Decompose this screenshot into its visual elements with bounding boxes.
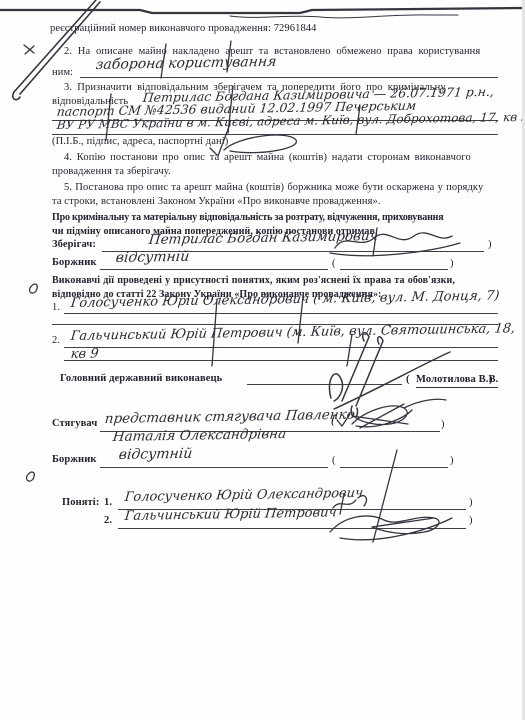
scanned-document-page: реєстраційний номер виконавчого провадже… xyxy=(0,0,525,720)
witness-intro-line1: Виконавчі дії проведені у присутності по… xyxy=(52,274,455,288)
close-paren: ) xyxy=(489,373,493,387)
pen-mark-cross xyxy=(24,45,34,54)
close-paren: ) xyxy=(450,257,454,271)
open-paren: ( xyxy=(332,454,336,468)
registration-number-line: реєстраційний номер виконавчого провадже… xyxy=(50,22,317,36)
open-paren: ( xyxy=(332,257,336,271)
blank-line xyxy=(64,360,498,361)
blank-line xyxy=(100,467,328,468)
debtor-label: Боржник xyxy=(52,256,97,270)
open-paren: ( xyxy=(406,373,410,387)
debtor2-label: Боржник xyxy=(52,453,97,467)
executor-name: Молотилова В.В. xyxy=(416,373,498,388)
signature-claimant xyxy=(352,399,446,428)
close-paren: ) xyxy=(469,496,473,510)
scan-top-wavy-line xyxy=(230,15,458,18)
blank-line xyxy=(340,467,448,468)
blank-line xyxy=(80,77,498,78)
margin-pen-mark-2 xyxy=(27,472,35,481)
close-paren: ) xyxy=(441,418,445,432)
handwriting-restriction: заборона користування xyxy=(95,54,277,73)
scan-top-edge-line xyxy=(0,8,525,13)
handwritten-open-paren: ( xyxy=(330,412,337,428)
handwriting-ponyati1: Голосученко Юрій Олександрович xyxy=(124,486,364,505)
claimant-label: Стягувач xyxy=(52,417,97,431)
blank-line xyxy=(247,384,402,385)
paragraph-4-line1: 4. Копію постанови про опис та арешт май… xyxy=(64,151,471,165)
blank-line xyxy=(64,313,498,314)
handwriting-keeper-signed: Петрилас Богдан Казимирович xyxy=(148,228,379,248)
blank-line xyxy=(100,269,328,270)
blank-line xyxy=(340,269,448,270)
paragraph-3-caption: (П.І.Б., підпис, адреса, паспортні дані) xyxy=(52,135,228,149)
paragraph-5-line1: 5. Постанова про опис та арешт майна (ко… xyxy=(64,181,483,195)
keeper-label: Зберігач: xyxy=(52,238,96,252)
blank-line xyxy=(118,528,466,529)
blank-line xyxy=(64,347,498,348)
handwriting-claimant-rep: представник стягувача Павленко xyxy=(104,407,356,427)
handwriting-debtor-absent: відсутній xyxy=(115,249,190,266)
ponyati1-number: 1. xyxy=(104,496,112,510)
witness2-number: 2. xyxy=(52,334,60,348)
paragraph-2-label: ним: xyxy=(52,66,73,80)
handwriting-claimant-name: Наталія Олександрівна xyxy=(112,426,287,445)
close-paren: ) xyxy=(469,514,473,528)
witness1-number: 1. xyxy=(52,301,60,315)
close-paren: ) xyxy=(450,454,454,468)
close-paren: ) xyxy=(488,238,492,252)
paragraph-5-line2: та строки, встановлені Законом України «… xyxy=(52,195,381,209)
ponyati2-number: 2. xyxy=(104,514,112,528)
executor-label: Головний державний виконавець xyxy=(60,372,222,386)
margin-pen-mark-1 xyxy=(30,284,38,293)
paragraph-4-line2: провадження та зберігачу. xyxy=(52,165,171,179)
handwriting-ponyati2: Гальчинський Юрій Петрович xyxy=(124,505,337,524)
handwriting-debtor2-absent: відсутній xyxy=(118,446,193,463)
ponyati-label: Поняті: xyxy=(62,496,99,510)
warning-line1: Про кримінальну та матеріальну відповіда… xyxy=(52,211,443,225)
